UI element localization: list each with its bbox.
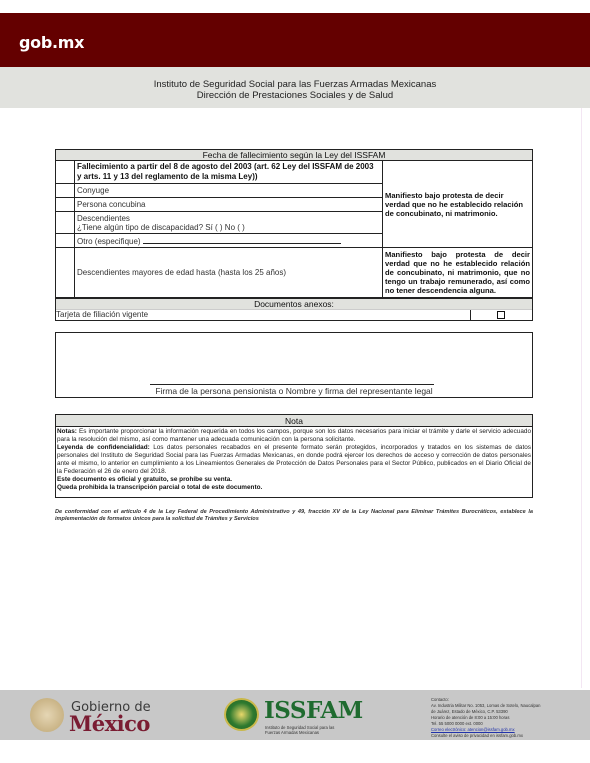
issfam-logo-text: ISSFAM [264,697,363,724]
signature-box[interactable]: Firma de la persona pensionista o Nombre… [55,332,533,398]
department-name: Dirección de Prestaciones Sociales y de … [0,90,590,101]
issfam-subtitle: Instituto de Seguridad Social para las F… [265,725,334,735]
leyenda-label: Leyenda de confidencialidad: [57,444,150,451]
prohibida-text: Queda prohibida la transcripción parcial… [57,484,262,491]
row-conyuge: Conyuge [75,184,383,198]
notas-text: Es importante proporcionar la informació… [57,428,531,443]
signature-line [150,384,434,385]
oficial-text: Este documento es oficial y gratuito, se… [57,476,232,483]
footer-bar: Gobierno de México ISSFAM Instituto de S… [0,690,590,740]
declaration-1: Manifiesto bajo protesta de decir verdad… [383,161,533,248]
signature-label: Firma de la persona pensionista o Nombre… [56,386,532,396]
notas-paragraph: Notas: Es importante proporcionar la inf… [57,428,531,444]
mexico-seal-icon [30,698,64,732]
notas-label: Notas: [57,428,77,435]
intro-text: Fallecimiento a partir del 8 de agosto d… [75,161,383,184]
document-check-cell [470,310,532,320]
check-cell-concubina[interactable] [56,198,75,212]
institution-name: Instituto de Seguridad Social para las F… [0,79,590,90]
descendientes-label: Descendientes [77,214,380,223]
mexico-text: México [69,711,150,736]
institution-header: Instituto de Seguridad Social para las F… [0,67,590,108]
declaration-2: Manifiesto bajo protesta de decir verdad… [383,248,533,298]
fallecimiento-table-title: Fecha de fallecimiento según la Ley del … [56,150,533,161]
row-otro: Otro (especifique) [75,234,383,248]
nota-title: Nota [56,415,532,427]
legal-footnote: De conformidad con el artículo 4 de la L… [55,509,533,523]
oficial-line: Este documento es oficial y gratuito, se… [57,476,531,484]
check-cell-descendientes[interactable] [56,212,75,234]
check-cell-intro[interactable] [56,161,75,184]
documentos-anexos-table: Documentos anexos: Tarjeta de filiación … [55,298,533,321]
fallecimiento-table: Fecha de fallecimiento según la Ley del … [55,149,533,298]
tarjeta-filiacion-checkbox[interactable] [497,311,505,319]
nota-body: Notas: Es importante proporcionar la inf… [56,427,532,493]
leyenda-paragraph: Leyenda de confidencialidad: Los datos p… [57,444,531,476]
row-descendientes-mayores: Descendientes mayores de edad hasta (has… [75,248,383,298]
check-cell-mayores[interactable] [56,248,75,298]
otro-specify-field[interactable] [143,236,341,244]
gob-mx-logo[interactable]: gob.mx [19,33,84,52]
prohibida-line: Queda prohibida la transcripción parcial… [57,484,531,492]
discapacidad-question[interactable]: ¿Tiene algún tipo de discapacidad? Sí ( … [77,223,380,232]
check-cell-conyuge[interactable] [56,184,75,198]
nota-box: Nota Notas: Es importante proporcionar l… [55,414,533,498]
contact-info: Contacto: Av. Industria Militar No. 1053… [431,697,540,739]
documentos-anexos-title: Documentos anexos: [56,299,532,310]
issfam-emblem-icon [224,698,259,731]
document-row: Tarjeta de filiación vigente [56,310,532,320]
otro-label: Otro (especifique) [77,237,141,246]
top-brand-bar: gob.mx [0,13,590,67]
page-edge-divider [581,108,582,688]
row-persona-concubina: Persona concubina [75,198,383,212]
row-descendientes: Descendientes ¿Tiene algún tipo de disca… [75,212,383,234]
document-label: Tarjeta de filiación vigente [56,310,470,320]
issfam-subtitle-2: Fuerzas Armadas Mexicanas [265,730,334,735]
contact-line: Consulte el aviso de privacidad en issfa… [431,733,540,739]
check-cell-otro[interactable] [56,234,75,248]
